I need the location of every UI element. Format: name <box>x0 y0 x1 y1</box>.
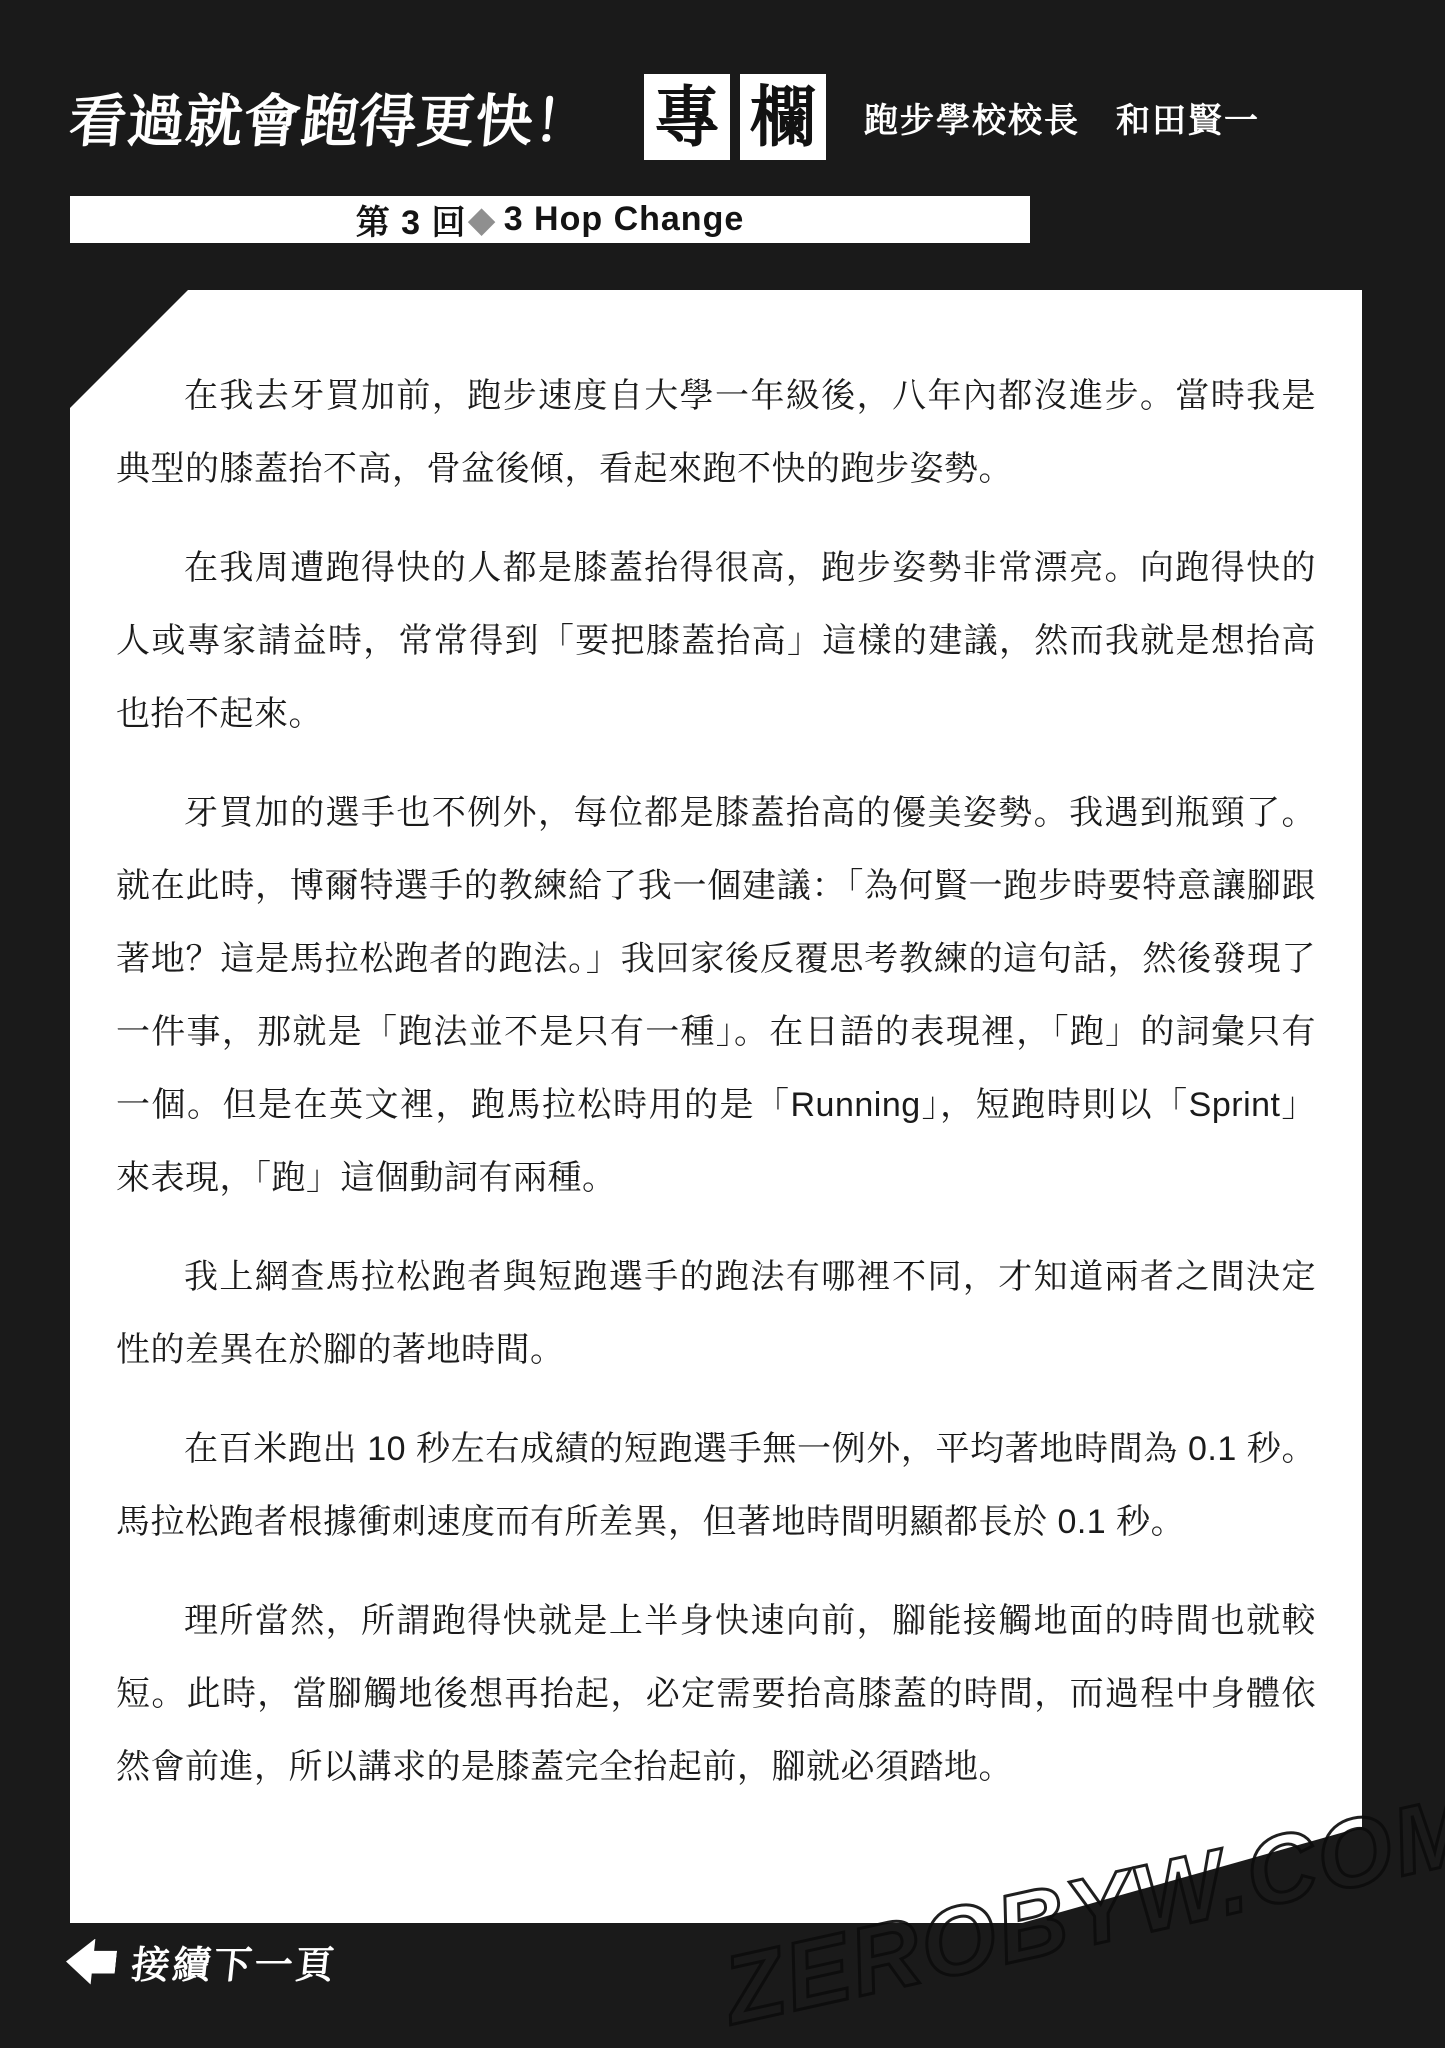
continue-label: 接續下一頁 <box>129 1934 340 1989</box>
article-body: 在我去牙買加前，跑步速度自大學一年級後，八年內都沒進步。當時我是典型的膝蓋抬不高… <box>70 290 1362 1923</box>
paragraph: 我上網查馬拉松跑者與短跑選手的跑法有哪裡不同，才知道兩者之間決定性的差異在於腳的… <box>116 1241 1316 1387</box>
paragraph: 理所當然，所謂跑得快就是上半身快速向前，腳能接觸地面的時間也就較短。此時，當腳觸… <box>116 1585 1316 1804</box>
paragraph: 牙買加的選手也不例外，每位都是膝蓋抬高的優美姿勢。我遇到瓶頸了。就在此時，博爾特… <box>116 777 1316 1215</box>
episode-number: 第 3 回 <box>356 195 467 244</box>
paragraph: 在我去牙買加前，跑步速度自大學一年級後，八年內都沒進步。當時我是典型的膝蓋抬不高… <box>116 360 1316 506</box>
episode-title: 3 Hop Change <box>504 200 745 239</box>
column-box-char-1: 專 <box>644 74 730 160</box>
author-line: 跑步學校校長 和田賢一 <box>864 93 1260 142</box>
column-title: 看過就會跑得更快！ <box>66 76 595 158</box>
diamond-icon: ◆ <box>469 200 496 240</box>
left-arrow-icon <box>64 1939 119 1985</box>
column-box-char-2: 欄 <box>740 74 826 160</box>
page-header: 看過就會跑得更快！ 專 欄 跑步學校校長 和田賢一 <box>70 74 1260 160</box>
paragraph: 在我周遭跑得快的人都是膝蓋抬得很高，跑步姿勢非常漂亮。向跑得快的人或專家請益時，… <box>116 532 1316 751</box>
continue-next-page: 接續下一頁 <box>63 1934 340 1989</box>
paragraph: 在百米跑出 10 秒左右成績的短跑選手無一例外，平均著地時間為 0.1 秒。馬拉… <box>116 1413 1316 1559</box>
scanned-column-page: 看過就會跑得更快！ 專 欄 跑步學校校長 和田賢一 第 3 回◆3 Hop Ch… <box>0 0 1445 2048</box>
episode-title-bar: 第 3 回◆3 Hop Change <box>70 196 1030 243</box>
column-label-boxes: 專 欄 <box>644 74 826 160</box>
